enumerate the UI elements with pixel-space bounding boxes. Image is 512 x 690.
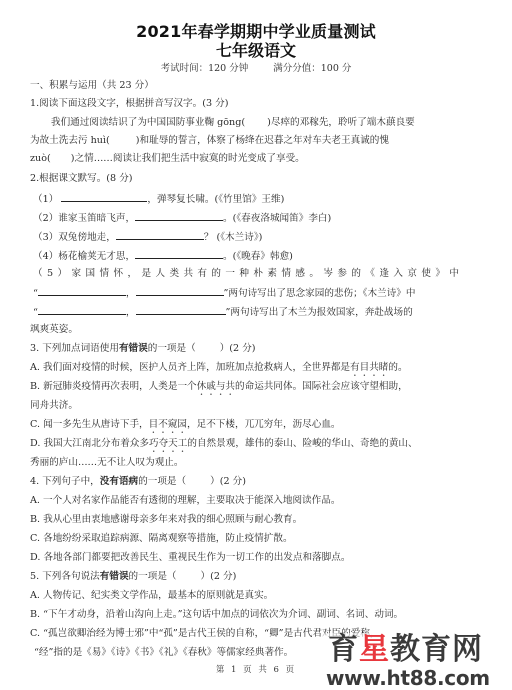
watermark-char: 教育网: [390, 632, 483, 667]
fill-blank[interactable]: [136, 305, 226, 315]
item-text: （3）双兔傍地走，: [33, 232, 116, 243]
item-source: 。(《晚春》韩愈): [223, 251, 293, 262]
q5-prompt: 5. 下列各句说法有错误的一项是（）(2 分): [30, 571, 236, 583]
q2-item1: （1） ，弹琴复长啸。(《竹里馆》王维): [33, 192, 284, 206]
fill-blank[interactable]: [116, 230, 204, 240]
full-score: 满分分值：100 分: [273, 63, 351, 74]
fill-blank[interactable]: [136, 286, 224, 296]
item-text: ”两句诗写出了思念家园的悲伤；《木兰诗》中: [224, 288, 416, 299]
q4-prompt: 4. 下列句子中，没有语病的一项是（）(2 分): [30, 476, 246, 488]
exam-meta: 考试时间：120 分钟 满分分值：100 分: [0, 60, 512, 74]
item-text: ，弹琴复长啸。(《竹里馆》王维): [147, 194, 284, 205]
q3-option-b: B. 新冠肺炎疫情再次表明，人类是一个休戚与共的命运共同体。国际社会应该守望相助…: [30, 381, 408, 398]
exam-subtitle: 七年级语文: [0, 38, 512, 61]
q4-option-c: C. 各地纷纷采取追踪病源、隔离观察等措施，防止疫情扩散。: [30, 533, 293, 545]
q2-item5-line4: 飒爽英姿。: [30, 324, 78, 336]
q3-option-a: A. 我们面对疫情的时候，医护人员齐上阵，加班加点抢救病人，全世界都是有目共睹的…: [30, 362, 408, 379]
q3-option-c: C. 闻一多先生从唐诗下手，目不窥园，足不下楼，兀兀穷年，沥尽心血。: [30, 419, 341, 436]
option-text: A. 我们面对疫情的时候，医护人员齐上阵，加班加点抢救病人，全世界都是: [30, 362, 350, 373]
fill-blank[interactable]: [135, 249, 223, 259]
q2-item5-line3: “，”两句诗写出了木兰为报效国家，奔赴战场的: [33, 305, 413, 319]
section-heading: 一、积累与运用（共 23 分）: [30, 80, 154, 92]
option-text: 的命运共同体。国际社会应该守望相助，: [235, 381, 408, 392]
option-text: D. 我国大江南北分布着众多: [30, 438, 149, 449]
watermark-logo: 育星教育网 www.ht88.com: [322, 633, 512, 690]
q4-option-b: B. 我从心里由衷地感谢母亲多年来对我的细心照顾与耐心教育。: [30, 514, 302, 526]
q2-item3: （3）双兔傍地走，？ (《木兰诗》): [33, 230, 262, 244]
watermark-accent-char: 星: [359, 632, 390, 667]
prompt-emphasis: 有错误: [100, 571, 129, 582]
prompt-text: 5. 下列各句说法: [30, 571, 100, 582]
item-source: ？ (《木兰诗》): [204, 232, 263, 243]
q1-text: 我们通过阅读结识了为中国国防事业鞠 gōng(: [51, 117, 245, 128]
item-number: （1）: [33, 194, 58, 205]
item-text: ”两句诗写出了木兰为报效国家，奔赴战场的: [226, 307, 413, 318]
q1-passage-line1: 我们通过阅读结识了为中国国防事业鞠 gōng()尽瘁的邓稼先，聆听了端木蕻良要: [51, 117, 415, 129]
q1-text: 为故土洗去污 huì(: [30, 135, 110, 146]
q2-prompt: 2.根据课文默写。(8 分): [30, 173, 133, 185]
prompt-text: 3. 下列加点词语使用: [30, 343, 119, 354]
q3-option-d-cont: 秀丽的庐山……无不让人叹为观止。: [30, 457, 184, 469]
watermark-char: 育: [328, 632, 359, 667]
q2-item2: （2）谁家玉笛暗飞声，。(《春夜洛城闻笛》李白): [33, 211, 331, 225]
item-source: 。(《春夜洛城闻笛》李白): [223, 213, 331, 224]
prompt-text: 的一项是（: [148, 343, 196, 354]
comma: ，: [126, 288, 136, 299]
q1-passage-line3: zuò()之情……阅读让我们把生活中寂寞的时光变成了享受。: [30, 153, 305, 165]
comma: ，: [126, 307, 136, 318]
exam-time: 考试时间：120 分钟: [161, 63, 249, 74]
exam-page: 2021年春学期期中学业质量测试 七年级语文 考试时间：120 分钟 满分分值：…: [0, 0, 512, 690]
dotted-term: 目不窥园: [149, 419, 187, 430]
dotted-term: 有目共睹: [350, 362, 388, 373]
option-text: 的自然景观，雄伟的泰山、险峻的华山、奇绝的黄山、: [187, 438, 417, 449]
q4-option-d: D. 各地各部门都要把改善民生、重视民生作为一切工作的出发点和落脚点。: [30, 552, 350, 564]
q1-text: zuò(: [30, 153, 51, 164]
fill-blank[interactable]: [135, 211, 223, 221]
prompt-emphasis: 有错误: [119, 343, 148, 354]
q2-item5-line1: （5）家国情怀，是人类共有的一种朴素情感。岑参的《逢入京使》中: [33, 268, 463, 280]
q5-option-a: A. 人物传记、纪实类文学作品，最基本的原则就是真实。: [30, 590, 273, 602]
option-text: B. 新冠肺炎疫情再次表明，人类是一个: [30, 381, 197, 392]
option-text: C. 闻一多先生从唐诗下手，: [30, 419, 149, 430]
item-text: （2）谁家玉笛暗飞声，: [33, 213, 135, 224]
prompt-text: ）(2 分): [220, 343, 256, 354]
q5-option-b: B. “下午才动身，沿着山沟向上走。”这句话中加点的词依次为介词、副词、名词、动…: [30, 609, 403, 621]
dotted-term: 休戚与共: [197, 381, 235, 392]
q1-text: )之情……阅读让我们把生活中寂寞的时光变成了享受。: [71, 153, 305, 164]
prompt-text: 的一项是（: [138, 476, 186, 487]
option-text: ，足不下楼，兀兀穷年，沥尽心血。: [187, 419, 341, 430]
fill-blank[interactable]: [38, 305, 126, 315]
q4-option-a: A. 一个人对名家作品能否有透彻的理解，主要取决于能深入地阅读作品。: [30, 495, 340, 507]
fill-blank[interactable]: [61, 192, 147, 202]
q3-option-b-cont: 同舟共济。: [30, 400, 78, 412]
prompt-text: 4. 下列句子中，: [30, 476, 100, 487]
dotted-term: 巧夺天工: [149, 438, 187, 449]
q2-item5-line2: “，”两句诗写出了思念家园的悲伤；《木兰诗》中: [33, 286, 415, 300]
prompt-emphasis: 没有语病: [100, 476, 138, 487]
prompt-text: ）(2 分): [210, 476, 246, 487]
q1-passage-line2: 为故土洗去污 huì()和耻辱的誓言，体察了杨绛在迟暮之年对车夫老王真诚的愧: [30, 135, 389, 147]
option-text: 的。: [388, 362, 407, 373]
watermark-chinese: 育星教育网: [328, 633, 483, 667]
q5-option-c-cont: “经”指的是《易》《诗》《书》《礼》《春秋》等儒家经典著作。: [34, 647, 293, 659]
prompt-text: ）(2 分): [201, 571, 237, 582]
item-text: （4）杨花榆荚无才思，: [33, 251, 135, 262]
q1-text: )尽瘁的邓稼先，聆听了端木蕻良要: [267, 117, 415, 128]
fill-blank[interactable]: [38, 286, 126, 296]
q1-text: )和耻辱的誓言，体察了杨绛在迟暮之年对车夫老王真诚的愧: [136, 135, 389, 146]
q2-item4: （4）杨花榆荚无才思，。(《晚春》韩愈): [33, 249, 293, 263]
q1-prompt: 1.阅读下面这段文字，根据拼音写汉字。(3 分): [30, 98, 228, 110]
q3-prompt: 3. 下列加点词语使用有错误的一项是（）(2 分): [30, 343, 256, 355]
watermark-url: www.ht88.com: [326, 667, 490, 689]
q3-option-d: D. 我国大江南北分布着众多巧夺天工的自然景观，雄伟的泰山、险峻的华山、奇绝的黄…: [30, 438, 418, 455]
prompt-text: 的一项是（: [129, 571, 177, 582]
